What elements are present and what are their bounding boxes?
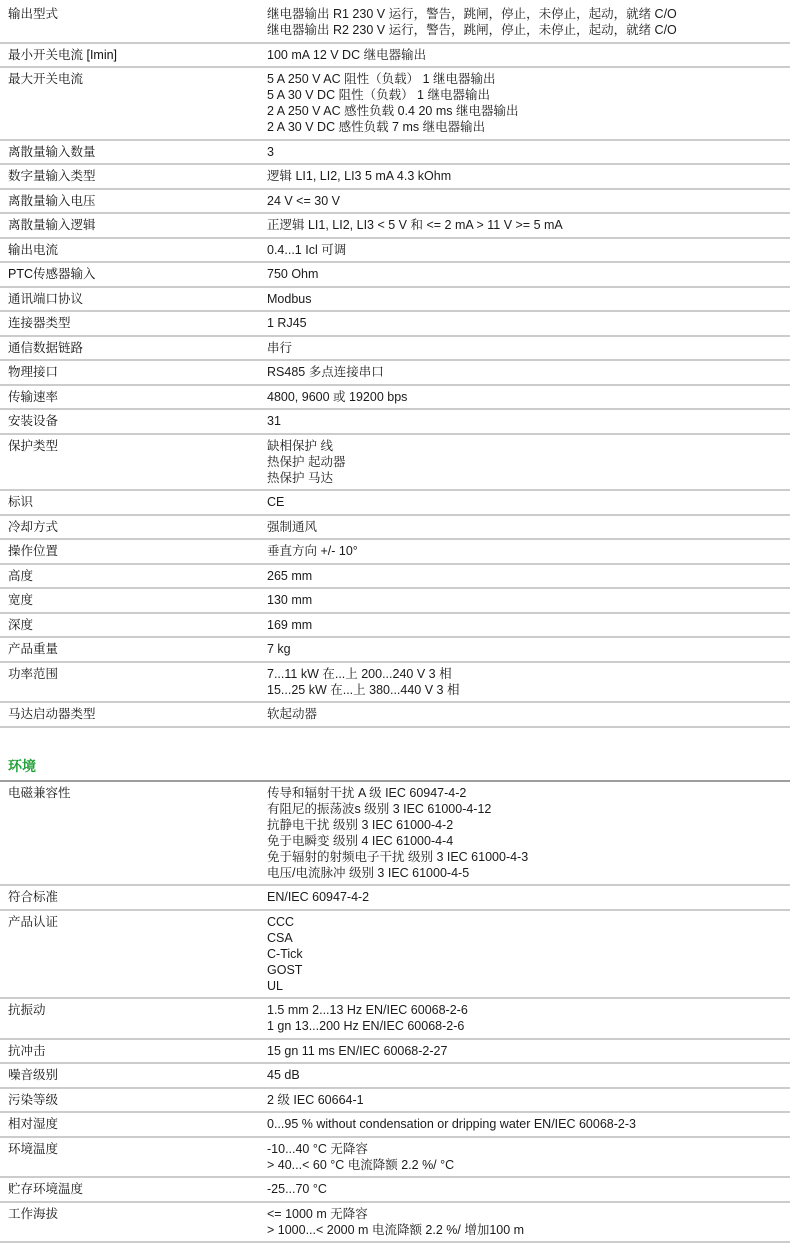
spec-row: 高度265 mm <box>0 565 790 590</box>
spec-label: 噪音级别 <box>8 1067 267 1083</box>
spec-value-line: -25...70 °C <box>267 1181 778 1197</box>
spec-value-line: 100 mA 12 V DC 继电器输出 <box>267 47 778 63</box>
spec-value-line: CE <box>267 494 778 510</box>
spec-value-line: RS485 多点连接串口 <box>267 364 778 380</box>
spec-row: 功率范围7...11 kW 在...上 200...240 V 3 相15...… <box>0 663 790 704</box>
spec-label: 深度 <box>8 617 267 633</box>
spec-value-line: 1 RJ45 <box>267 315 778 331</box>
spec-row: PTC传感器输入750 Ohm <box>0 263 790 288</box>
spec-section-environment: 环境 电磁兼容性传导和辐射干扰 A 级 IEC 60947-4-2有阻尼的振荡波… <box>0 757 790 1244</box>
spec-value-line: GOST <box>267 962 778 978</box>
spec-value-line: 2 A 250 V AC 感性负载 0.4 20 ms 继电器输出 <box>267 103 778 119</box>
spec-value: 正逻辑 LI1, LI2, LI3 < 5 V 和 <= 2 mA > 11 V… <box>267 217 790 233</box>
spec-label: 离散量输入逻辑 <box>8 217 267 233</box>
spec-label: 相对湿度 <box>8 1116 267 1132</box>
spec-value: 传导和辐射干扰 A 级 IEC 60947-4-2有阻尼的振荡波s 级别 3 I… <box>267 785 790 881</box>
spec-label: 离散量输入数量 <box>8 144 267 160</box>
spec-value: 31 <box>267 413 790 429</box>
spec-value: 100 mA 12 V DC 继电器输出 <box>267 47 790 63</box>
spec-label: 输出型式 <box>8 6 267 22</box>
spec-value-line: 1.5 mm 2...13 Hz EN/IEC 60068-2-6 <box>267 1002 778 1018</box>
spec-value-line: 1 gn 13...200 Hz EN/IEC 60068-2-6 <box>267 1018 778 1034</box>
spec-value-line: 15...25 kW 在...上 380...440 V 3 相 <box>267 682 778 698</box>
spec-label: 操作位置 <box>8 543 267 559</box>
spec-value: 0.4...1 Icl 可调 <box>267 242 790 258</box>
spec-value-line: 5 A 250 V AC 阻性（负载） 1 继电器输出 <box>267 71 778 87</box>
spec-label: 传输速率 <box>8 389 267 405</box>
spec-value: -25...70 °C <box>267 1181 790 1197</box>
spec-label: 保护类型 <box>8 438 267 454</box>
spec-value-line: 0...95 % without condensation or drippin… <box>267 1116 778 1132</box>
spec-row: 输出电流0.4...1 Icl 可调 <box>0 239 790 264</box>
spec-label: 连接器类型 <box>8 315 267 331</box>
spec-value-line: 有阻尼的振荡波s 级别 3 IEC 61000-4-12 <box>267 801 778 817</box>
spec-value: 继电器输出 R1 230 V 运行，警告，跳闸，停止，未停止，起动，就绪 C/O… <box>267 6 790 38</box>
spec-value-line: 5 A 30 V DC 阻性（负载） 1 继电器输出 <box>267 87 778 103</box>
spec-label: 污染等级 <box>8 1092 267 1108</box>
spec-value-line: 垂直方向 +/- 10° <box>267 543 778 559</box>
spec-row: 贮存环境温度-25...70 °C <box>0 1178 790 1203</box>
spec-label: 产品认证 <box>8 914 267 930</box>
spec-value-line: 130 mm <box>267 592 778 608</box>
spec-row: 离散量输入逻辑正逻辑 LI1, LI2, LI3 < 5 V 和 <= 2 mA… <box>0 214 790 239</box>
spec-sheet: 输出型式继电器输出 R1 230 V 运行，警告，跳闸，停止，未停止，起动，就绪… <box>0 0 790 1243</box>
spec-row: 标识CE <box>0 491 790 516</box>
spec-label: 贮存环境温度 <box>8 1181 267 1197</box>
spec-value-line: 0.4...1 Icl 可调 <box>267 242 778 258</box>
spec-row: 工作海拔<= 1000 m 无降容> 1000...< 2000 m 电流降额 … <box>0 1203 790 1244</box>
spec-label: 安装设备 <box>8 413 267 429</box>
spec-value-line: > 40...< 60 °C 电流降额 2.2 %/ °C <box>267 1157 778 1173</box>
section-title-environment: 环境 <box>0 757 790 782</box>
spec-row: 相对湿度0...95 % without condensation or dri… <box>0 1113 790 1138</box>
spec-value: 垂直方向 +/- 10° <box>267 543 790 559</box>
spec-value-line: 45 dB <box>267 1067 778 1083</box>
spec-label: 物理接口 <box>8 364 267 380</box>
spec-label: 抗冲击 <box>8 1043 267 1059</box>
spec-value-line: 免于电瞬变 级别 4 IEC 61000-4-4 <box>267 833 778 849</box>
spec-value-line: 265 mm <box>267 568 778 584</box>
spec-row: 污染等级2 级 IEC 60664-1 <box>0 1089 790 1114</box>
spec-value-line: 抗静电干扰 级别 3 IEC 61000-4-2 <box>267 817 778 833</box>
spec-value: Modbus <box>267 291 790 307</box>
spec-value-line: CCC <box>267 914 778 930</box>
spec-row: 通讯端口协议Modbus <box>0 288 790 313</box>
spec-value-line: 24 V <= 30 V <box>267 193 778 209</box>
spec-label: 通讯端口协议 <box>8 291 267 307</box>
spec-row: 深度169 mm <box>0 614 790 639</box>
spec-row: 最小开关电流 [Imin]100 mA 12 V DC 继电器输出 <box>0 44 790 69</box>
spec-label: 最小开关电流 [Imin] <box>8 47 267 63</box>
spec-value: 5 A 250 V AC 阻性（负载） 1 继电器输出5 A 30 V DC 阻… <box>267 71 790 135</box>
spec-value-line: Modbus <box>267 291 778 307</box>
spec-value: 2 级 IEC 60664-1 <box>267 1092 790 1108</box>
spec-row: 传输速率4800, 9600 或 19200 bps <box>0 386 790 411</box>
spec-value: 串行 <box>267 340 790 356</box>
spec-row: 产品认证CCCCSAC-TickGOSTUL <box>0 911 790 1000</box>
spec-label: 冷却方式 <box>8 519 267 535</box>
spec-row: 马达启动器类型软起动器 <box>0 703 790 728</box>
spec-label: 电磁兼容性 <box>8 785 267 801</box>
spec-row: 产品重量7 kg <box>0 638 790 663</box>
spec-label: 马达启动器类型 <box>8 706 267 722</box>
spec-row: 离散量输入数量3 <box>0 141 790 166</box>
spec-value: 265 mm <box>267 568 790 584</box>
spec-value: 软起动器 <box>267 706 790 722</box>
spec-label: 通信数据链路 <box>8 340 267 356</box>
spec-value: 3 <box>267 144 790 160</box>
spec-value-line: 热保护 马达 <box>267 470 778 486</box>
spec-row: 冷却方式强制通风 <box>0 516 790 541</box>
spec-value-line: 2 级 IEC 60664-1 <box>267 1092 778 1108</box>
spec-value: 4800, 9600 或 19200 bps <box>267 389 790 405</box>
spec-value-line: UL <box>267 978 778 994</box>
spec-label: 功率范围 <box>8 666 267 682</box>
spec-rows-product: 输出型式继电器输出 R1 230 V 运行，警告，跳闸，停止，未停止，起动，就绪… <box>0 3 790 728</box>
spec-value-line: 电压/电流脉冲 级别 3 IEC 61000-4-5 <box>267 865 778 881</box>
spec-value-line: 7...11 kW 在...上 200...240 V 3 相 <box>267 666 778 682</box>
spec-value: -10...40 °C 无降容> 40...< 60 °C 电流降额 2.2 %… <box>267 1141 790 1173</box>
spec-value: RS485 多点连接串口 <box>267 364 790 380</box>
spec-row: 输出型式继电器输出 R1 230 V 运行，警告，跳闸，停止，未停止，起动，就绪… <box>0 3 790 44</box>
spec-value-line: C-Tick <box>267 946 778 962</box>
spec-row: 宽度130 mm <box>0 589 790 614</box>
spec-row: 物理接口RS485 多点连接串口 <box>0 361 790 386</box>
spec-value-line: 缺相保护 线 <box>267 438 778 454</box>
spec-value-line: 750 Ohm <box>267 266 778 282</box>
spec-value-line: 热保护 起动器 <box>267 454 778 470</box>
spec-value: 130 mm <box>267 592 790 608</box>
spec-value-line: 传导和辐射干扰 A 级 IEC 60947-4-2 <box>267 785 778 801</box>
spec-value: 缺相保护 线热保护 起动器热保护 马达 <box>267 438 790 486</box>
spec-value: EN/IEC 60947-4-2 <box>267 889 790 905</box>
spec-value-line: -10...40 °C 无降容 <box>267 1141 778 1157</box>
spec-label: 工作海拔 <box>8 1206 267 1222</box>
spec-label: 宽度 <box>8 592 267 608</box>
spec-value: 7...11 kW 在...上 200...240 V 3 相15...25 k… <box>267 666 790 698</box>
spec-label: 环境温度 <box>8 1141 267 1157</box>
spec-row: 符合标准EN/IEC 60947-4-2 <box>0 886 790 911</box>
spec-value-line: 3 <box>267 144 778 160</box>
spec-row: 连接器类型1 RJ45 <box>0 312 790 337</box>
spec-row: 操作位置垂直方向 +/- 10° <box>0 540 790 565</box>
spec-row: 抗冲击15 gn 11 ms EN/IEC 60068-2-27 <box>0 1040 790 1065</box>
spec-label: 最大开关电流 <box>8 71 267 87</box>
spec-value: 1.5 mm 2...13 Hz EN/IEC 60068-2-61 gn 13… <box>267 1002 790 1034</box>
spec-row: 环境温度-10...40 °C 无降容> 40...< 60 °C 电流降额 2… <box>0 1138 790 1179</box>
spec-value-line: 强制通风 <box>267 519 778 535</box>
spec-value-line: 2 A 30 V DC 感性负载 7 ms 继电器输出 <box>267 119 778 135</box>
spec-label: 产品重量 <box>8 641 267 657</box>
spec-value: 7 kg <box>267 641 790 657</box>
spec-value: CCCCSAC-TickGOSTUL <box>267 914 790 994</box>
spec-value-line: 串行 <box>267 340 778 356</box>
spec-value-line: 逻辑 LI1, LI2, LI3 5 mA 4.3 kOhm <box>267 168 778 184</box>
spec-value: CE <box>267 494 790 510</box>
spec-row: 数字量输入类型逻辑 LI1, LI2, LI3 5 mA 4.3 kOhm <box>0 165 790 190</box>
spec-row: 噪音级别45 dB <box>0 1064 790 1089</box>
spec-row: 最大开关电流5 A 250 V AC 阻性（负载） 1 继电器输出5 A 30 … <box>0 68 790 141</box>
spec-value: 24 V <= 30 V <box>267 193 790 209</box>
spec-value: 1 RJ45 <box>267 315 790 331</box>
spec-label: 抗振动 <box>8 1002 267 1018</box>
spec-value-line: 169 mm <box>267 617 778 633</box>
spec-value-line: EN/IEC 60947-4-2 <box>267 889 778 905</box>
spec-value: 750 Ohm <box>267 266 790 282</box>
spec-value-line: 15 gn 11 ms EN/IEC 60068-2-27 <box>267 1043 778 1059</box>
spec-value-line: 7 kg <box>267 641 778 657</box>
spec-row: 电磁兼容性传导和辐射干扰 A 级 IEC 60947-4-2有阻尼的振荡波s 级… <box>0 782 790 887</box>
spec-value-line: 4800, 9600 或 19200 bps <box>267 389 778 405</box>
spec-value: <= 1000 m 无降容> 1000...< 2000 m 电流降额 2.2 … <box>267 1206 790 1238</box>
spec-value: 强制通风 <box>267 519 790 535</box>
spec-value-line: 正逻辑 LI1, LI2, LI3 < 5 V 和 <= 2 mA > 11 V… <box>267 217 778 233</box>
spec-value-line: 继电器输出 R1 230 V 运行，警告，跳闸，停止，未停止，起动，就绪 C/O <box>267 6 778 22</box>
spec-row: 离散量输入电压24 V <= 30 V <box>0 190 790 215</box>
spec-value: 逻辑 LI1, LI2, LI3 5 mA 4.3 kOhm <box>267 168 790 184</box>
spec-label: PTC传感器输入 <box>8 266 267 282</box>
spec-label: 数字量输入类型 <box>8 168 267 184</box>
spec-value: 15 gn 11 ms EN/IEC 60068-2-27 <box>267 1043 790 1059</box>
spec-section-product: 输出型式继电器输出 R1 230 V 运行，警告，跳闸，停止，未停止，起动，就绪… <box>0 3 790 728</box>
spec-label: 标识 <box>8 494 267 510</box>
spec-label: 符合标准 <box>8 889 267 905</box>
spec-value: 45 dB <box>267 1067 790 1083</box>
spec-row: 抗振动1.5 mm 2...13 Hz EN/IEC 60068-2-61 gn… <box>0 999 790 1040</box>
spec-label: 输出电流 <box>8 242 267 258</box>
spec-label: 离散量输入电压 <box>8 193 267 209</box>
spec-row: 保护类型缺相保护 线热保护 起动器热保护 马达 <box>0 435 790 492</box>
spec-label: 高度 <box>8 568 267 584</box>
spec-value-line: > 1000...< 2000 m 电流降额 2.2 %/ 增加100 m <box>267 1222 778 1238</box>
spec-value-line: 软起动器 <box>267 706 778 722</box>
spec-row: 通信数据链路串行 <box>0 337 790 362</box>
spec-rows-environment: 电磁兼容性传导和辐射干扰 A 级 IEC 60947-4-2有阻尼的振荡波s 级… <box>0 782 790 1244</box>
spec-value-line: 继电器输出 R2 230 V 运行，警告，跳闸，停止，未停止，起动，就绪 C/O <box>267 22 778 38</box>
spec-value-line: 免于辐射的射频电子干扰 级别 3 IEC 61000-4-3 <box>267 849 778 865</box>
spec-value: 0...95 % without condensation or drippin… <box>267 1116 790 1132</box>
spec-value-line: CSA <box>267 930 778 946</box>
spec-value-line: 31 <box>267 413 778 429</box>
spec-value-line: <= 1000 m 无降容 <box>267 1206 778 1222</box>
spec-value: 169 mm <box>267 617 790 633</box>
spec-row: 安装设备31 <box>0 410 790 435</box>
